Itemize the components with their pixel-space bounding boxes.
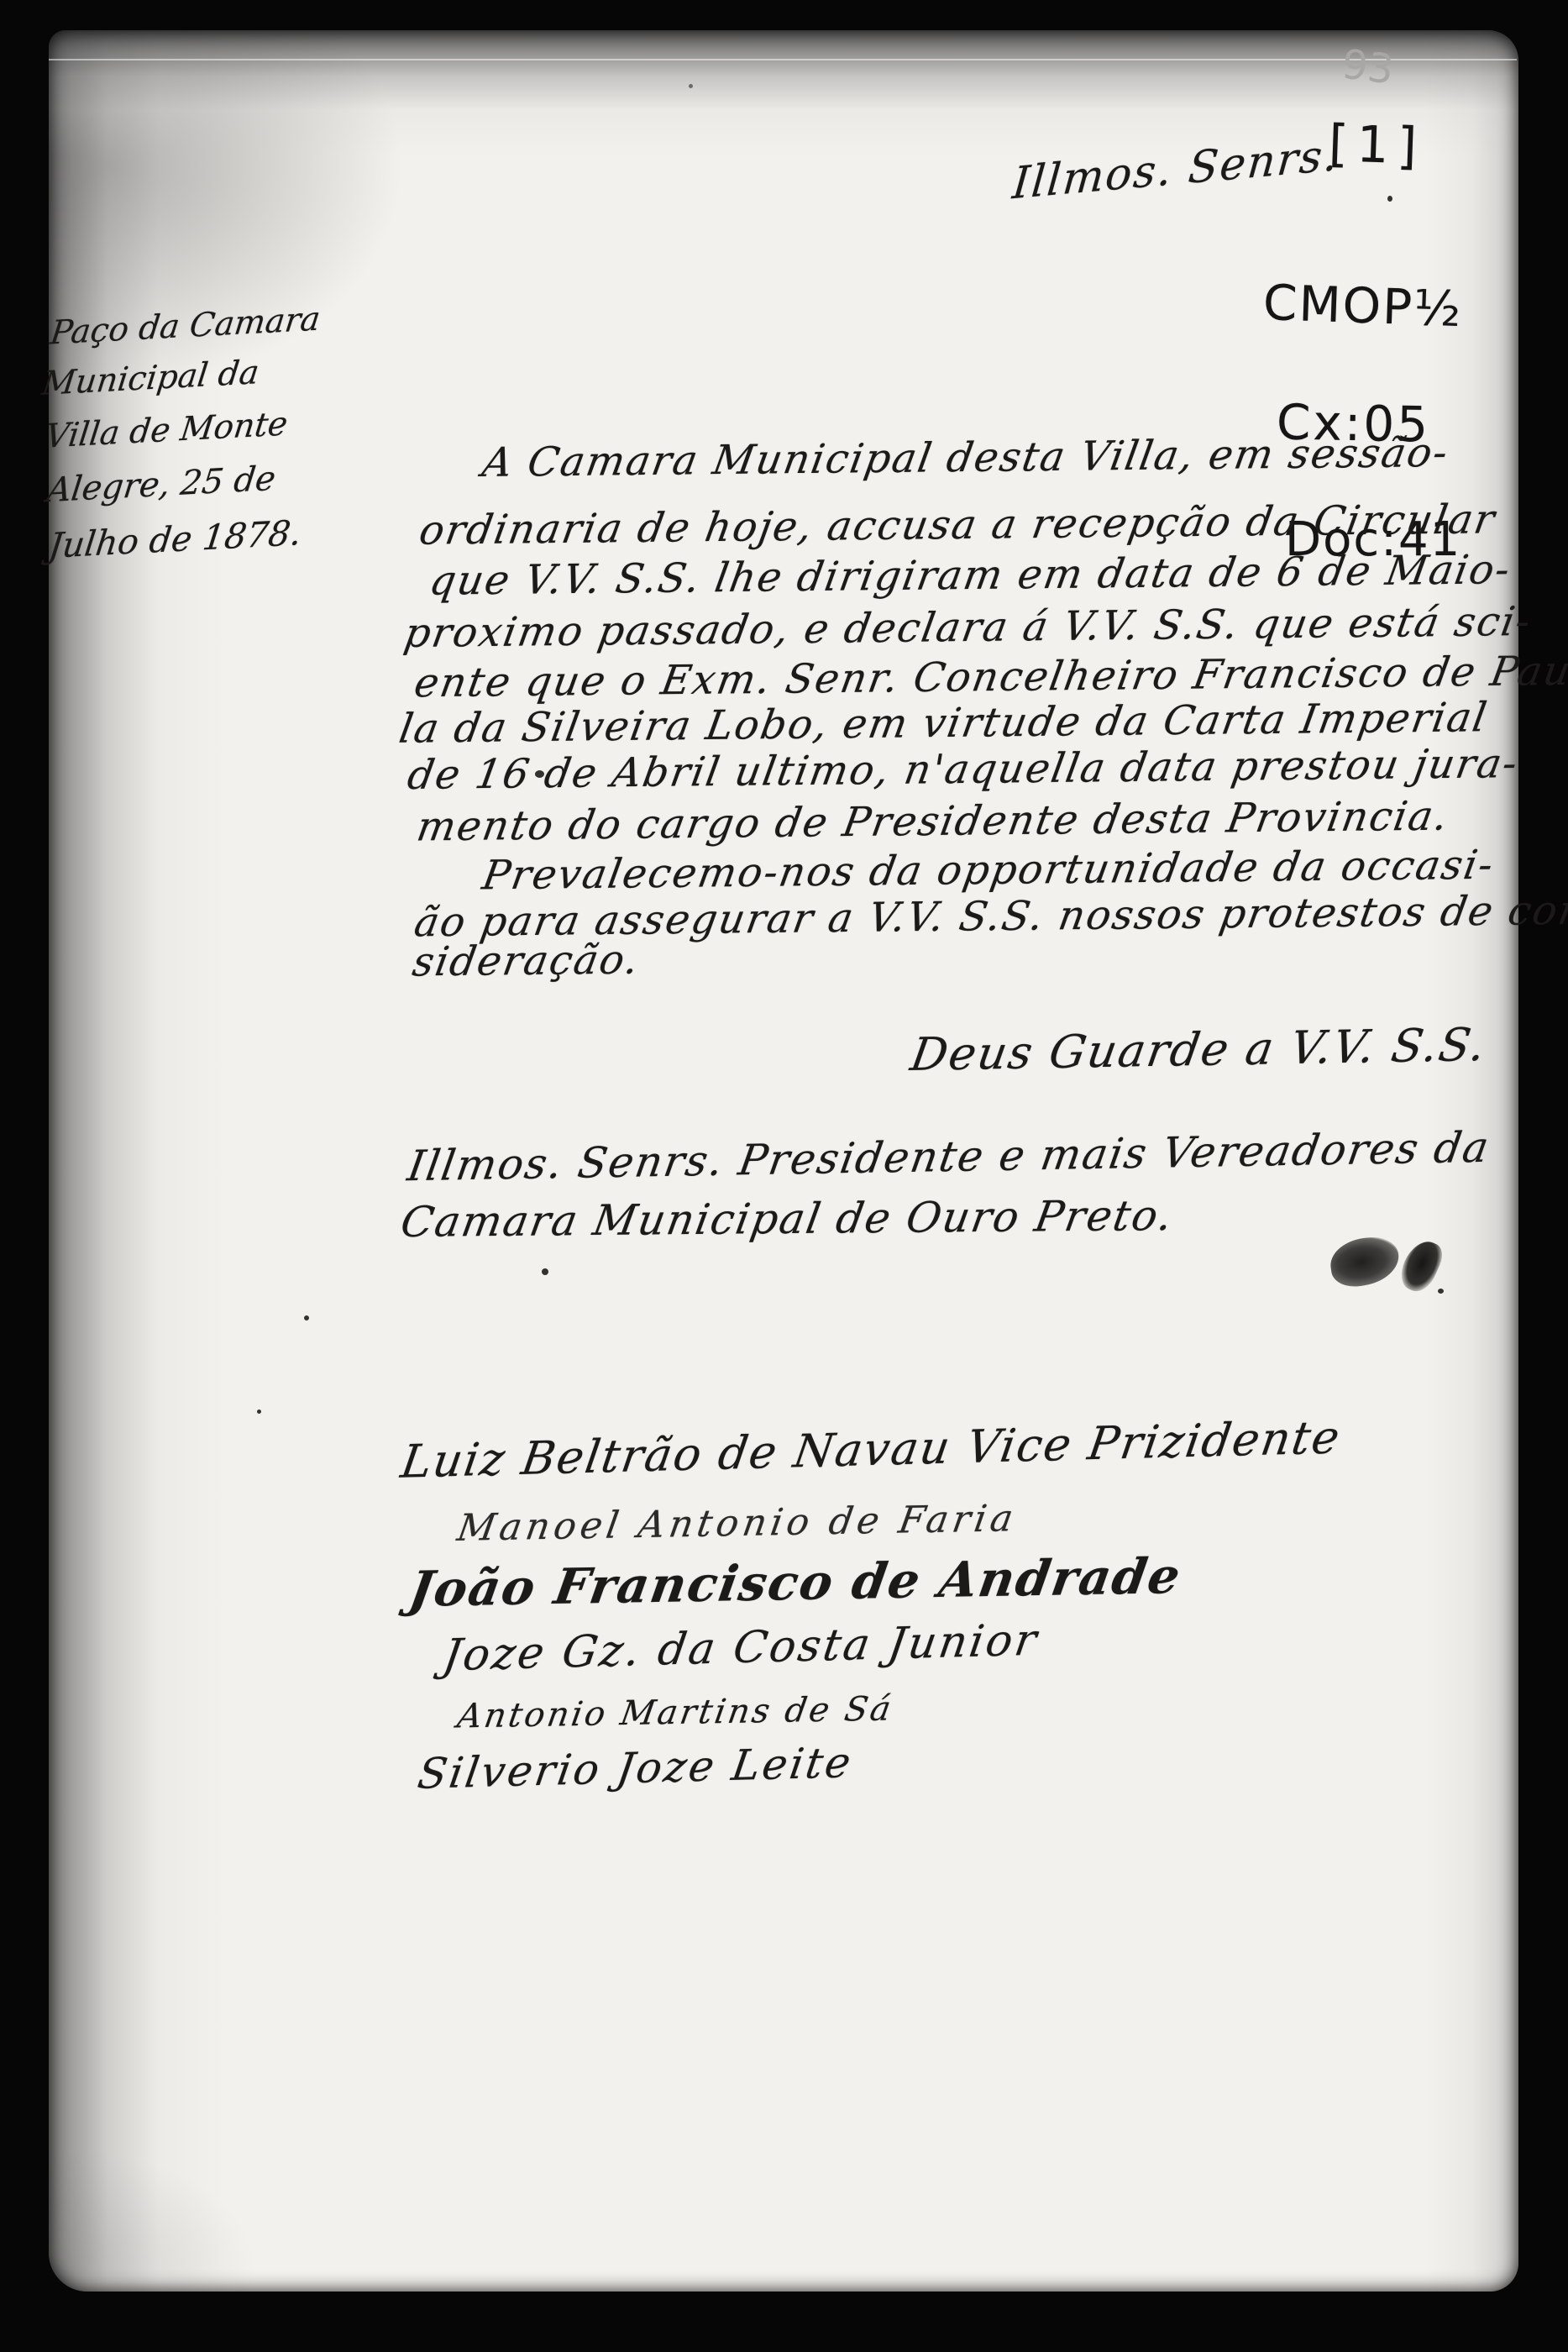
ink-speck xyxy=(535,770,544,778)
valediction: Deus Guarde a V.V. S.S. xyxy=(907,1018,1491,1081)
signature-5: Antonio Martins de Sá xyxy=(454,1689,895,1735)
pencil-page-number: 93 xyxy=(1340,40,1396,93)
addressee-line-2: Camara Municipal de Ouro Preto. xyxy=(397,1191,1177,1247)
archival-collection-mark: CMOP½ xyxy=(1262,274,1464,338)
document-scan: { "page": { "pencil_number": "93", "arch… xyxy=(0,0,1568,2352)
ink-speck xyxy=(542,1268,548,1275)
ink-speck xyxy=(304,1315,309,1320)
ink-speck xyxy=(1387,196,1392,202)
scan-scratch-line xyxy=(49,59,1517,60)
ink-speck xyxy=(1438,1289,1444,1294)
archival-item-mark: [1] xyxy=(1328,114,1426,176)
ink-speck xyxy=(257,1410,261,1414)
body-line-11: sideração. xyxy=(409,937,643,986)
ink-speck xyxy=(689,84,693,88)
